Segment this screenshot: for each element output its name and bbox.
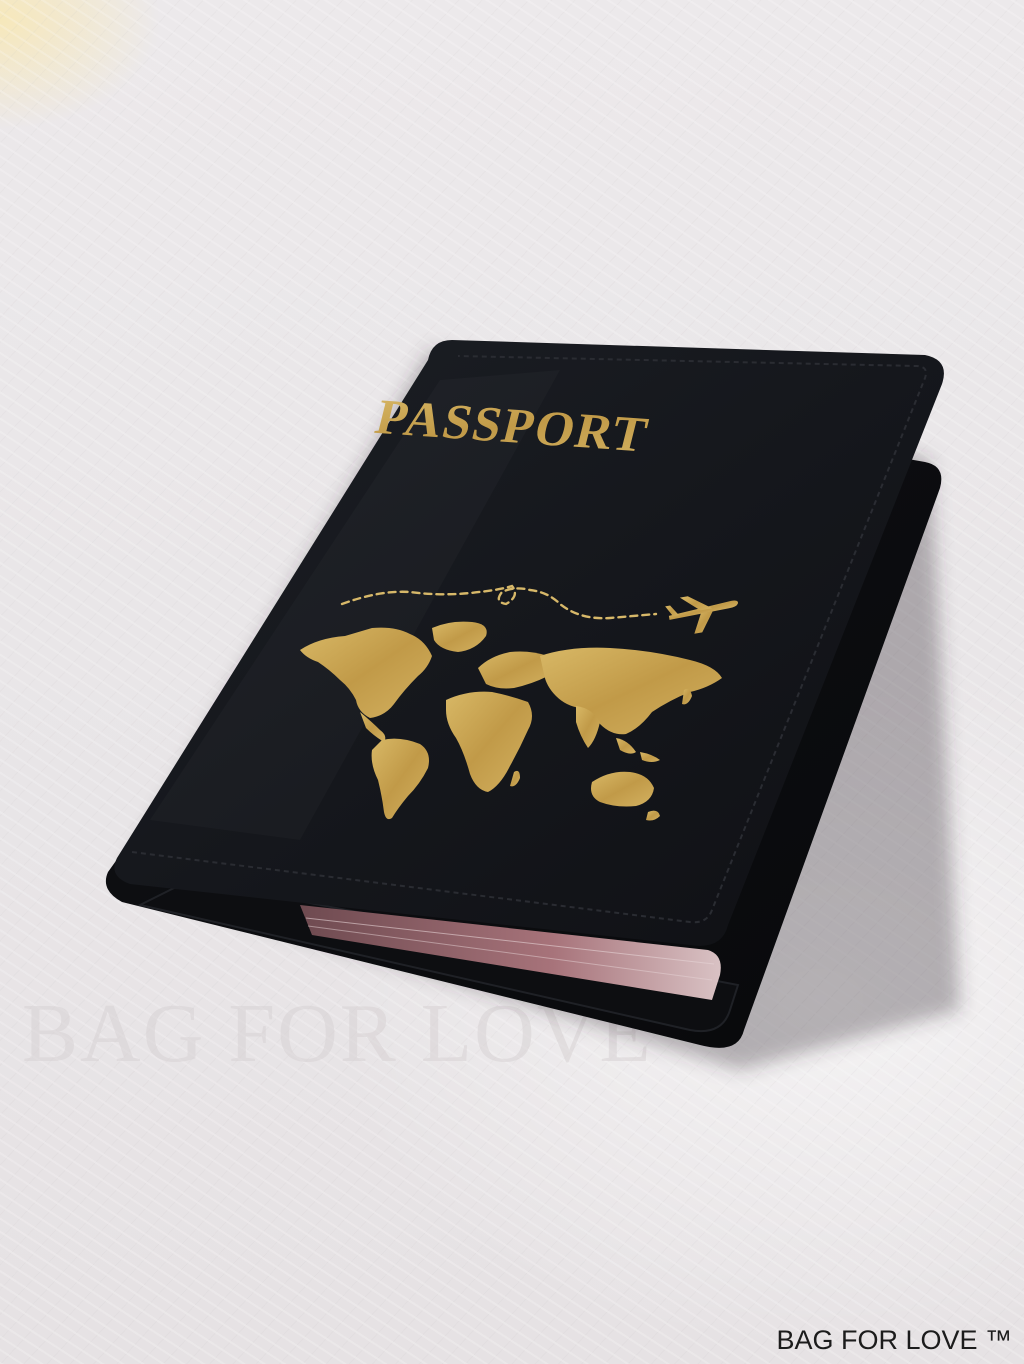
passport-cover-photo: PASSPORT [0,0,1024,1364]
brand-watermark: BAG FOR LOVE ™ [776,1325,1012,1356]
